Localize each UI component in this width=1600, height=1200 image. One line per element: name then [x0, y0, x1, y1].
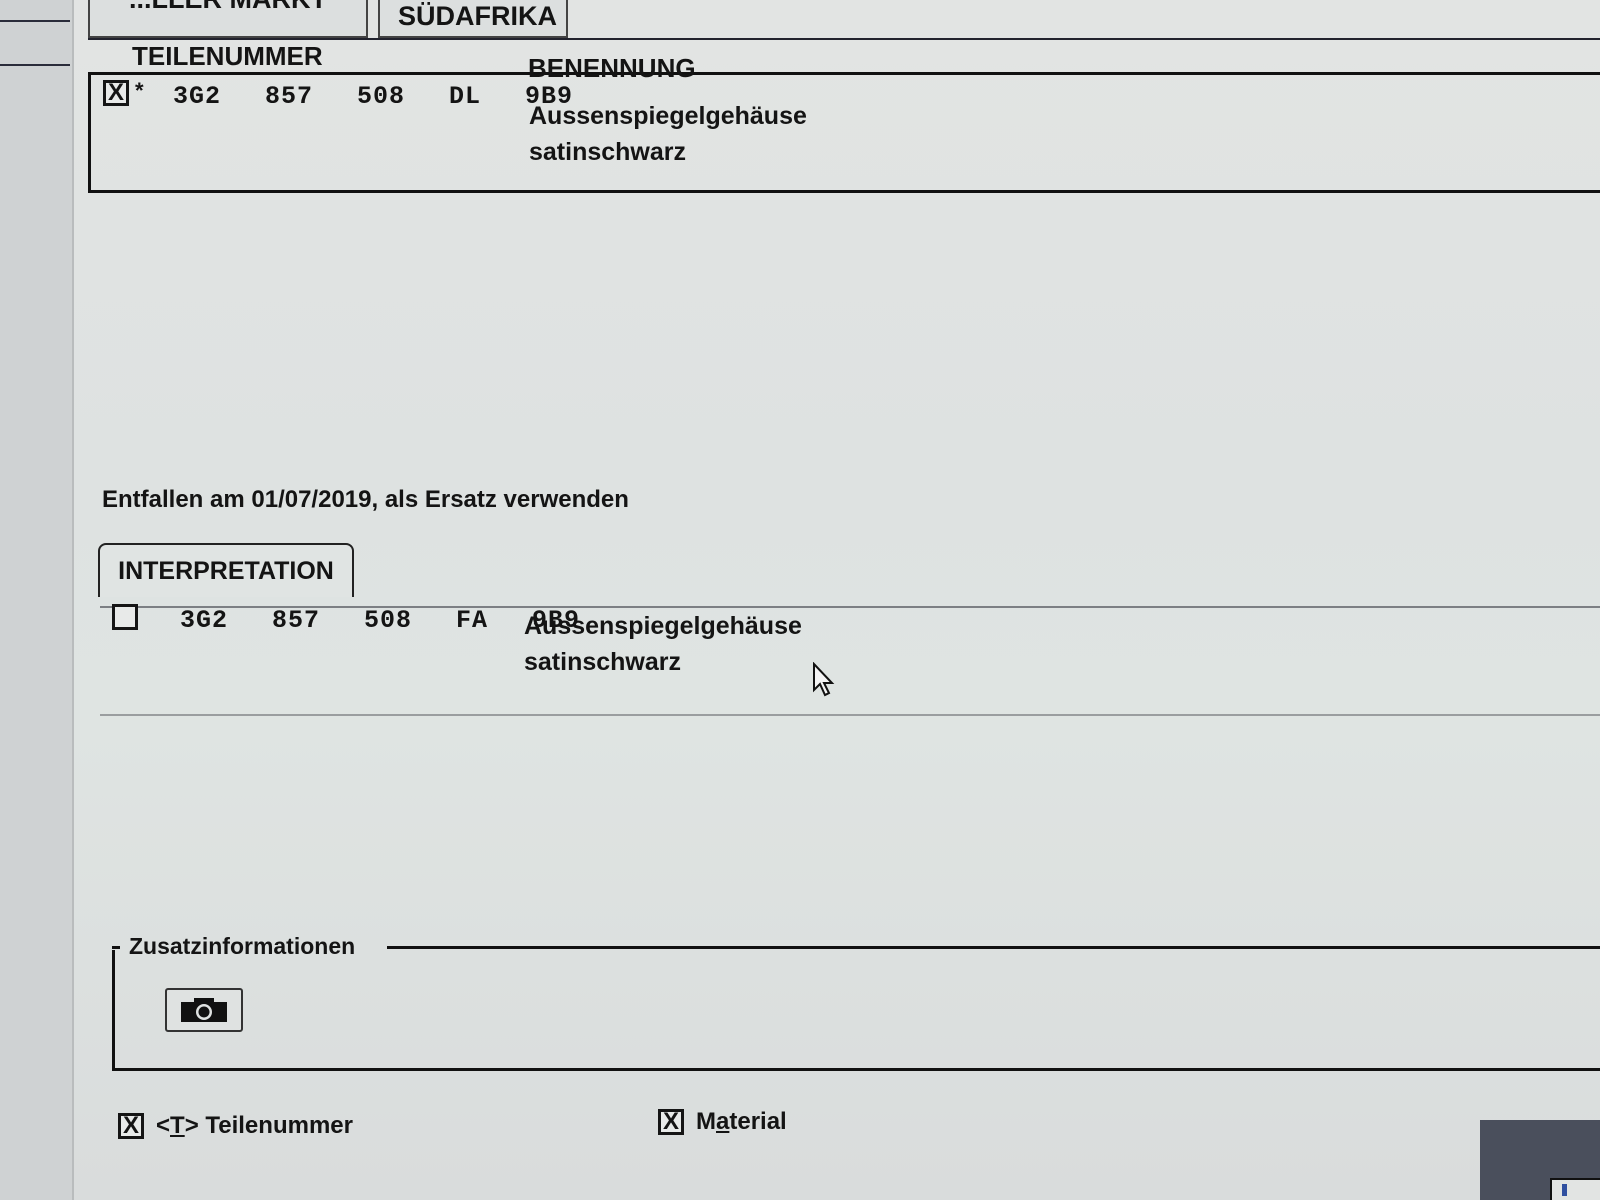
column-part-number[interactable]: TEILENUMMER [132, 40, 323, 72]
row-checkbox[interactable] [112, 604, 138, 630]
mouse-cursor-icon [812, 662, 836, 698]
replacement-notice: Entfallen am 01/07/2019, als Ersatz verw… [102, 486, 629, 514]
divider [0, 20, 70, 22]
additional-info-group: Zusatzinformationen [112, 950, 1600, 1071]
material-checkbox[interactable]: X [658, 1109, 684, 1135]
part-number-checkbox[interactable]: X [118, 1113, 144, 1139]
option-label: <T> Teilenummer [156, 1112, 353, 1140]
description-line2: satinschwarz [524, 644, 681, 680]
divider [0, 64, 70, 66]
column-header: TEILENUMMER BENENNUNG [88, 38, 1600, 75]
screen-bezel [1480, 1120, 1600, 1200]
divider [387, 946, 1600, 949]
tab-interpretation[interactable]: INTERPRETATION [98, 543, 354, 597]
additional-info-legend: Zusatzinformationen [129, 933, 355, 960]
tab-south-africa[interactable]: SÜDAFRIKA [378, 0, 568, 38]
part-number: 3G2 857 508 DL 9B9 [173, 82, 573, 111]
description-line1: Aussenspiegelgehäuse [529, 98, 807, 134]
row-checkbox[interactable]: X [103, 80, 129, 106]
window-corner [1550, 1178, 1600, 1200]
tab-label: ...LLER MARKT [129, 0, 327, 13]
divider [112, 946, 120, 949]
camera-icon [179, 996, 229, 1024]
option-label: Material [696, 1108, 787, 1136]
flag-star: * [135, 78, 144, 104]
left-panel [0, 0, 74, 1200]
option-material[interactable]: X Material [658, 1108, 787, 1136]
part-number: 3G2 857 508 FA 9B9 [180, 606, 580, 635]
description-line2: satinschwarz [529, 134, 686, 170]
tab-label: SÜDAFRIKA [398, 3, 557, 36]
description-line1: Aussenspiegelgehäuse [524, 608, 802, 644]
divider [100, 714, 1600, 716]
market-tabs: ...LLER MARKT SÜDAFRIKA [88, 0, 568, 38]
camera-button[interactable] [165, 988, 243, 1032]
tab-market[interactable]: ...LLER MARKT [88, 0, 368, 38]
parts-list: X * 3G2 857 508 DL 9B9 Aussenspiegelgehä… [88, 72, 1600, 193]
option-part-number[interactable]: X <T> Teilenummer [118, 1112, 353, 1140]
